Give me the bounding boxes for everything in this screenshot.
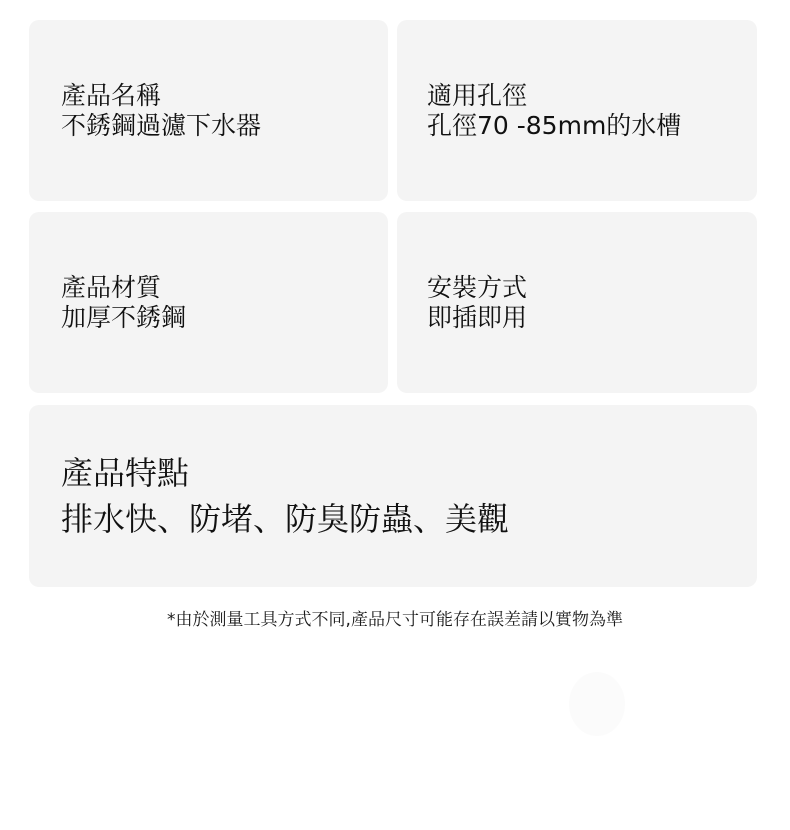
spec-card-installation: 安裝方式 即插即用: [397, 212, 757, 393]
faint-circle-decoration: [569, 672, 625, 736]
spec-label: 安裝方式: [397, 273, 757, 303]
measurement-disclaimer: *由於測量工具方式不同,產品尺寸可能存在誤差請以實物為準: [0, 608, 790, 632]
spec-value: 即插即用: [397, 303, 757, 333]
spec-value: 孔徑70 -85mm的水槽: [397, 111, 757, 141]
spec-value: 加厚不銹鋼: [29, 303, 388, 333]
spec-label: 產品材質: [29, 273, 388, 303]
spec-value: 不銹鋼過濾下水器: [29, 111, 388, 141]
spec-card-applicable-diameter: 適用孔徑 孔徑70 -85mm的水槽: [397, 20, 757, 201]
features-value: 排水快、防堵、防臭防蟲、美觀: [29, 496, 757, 542]
spec-card-product-name: 產品名稱 不銹鋼過濾下水器: [29, 20, 388, 201]
spec-label: 適用孔徑: [397, 81, 757, 111]
spec-label: 產品名稱: [29, 81, 388, 111]
features-label: 產品特點: [29, 450, 757, 496]
spec-card-material: 產品材質 加厚不銹鋼: [29, 212, 388, 393]
spec-card-features: 產品特點 排水快、防堵、防臭防蟲、美觀: [29, 405, 757, 587]
